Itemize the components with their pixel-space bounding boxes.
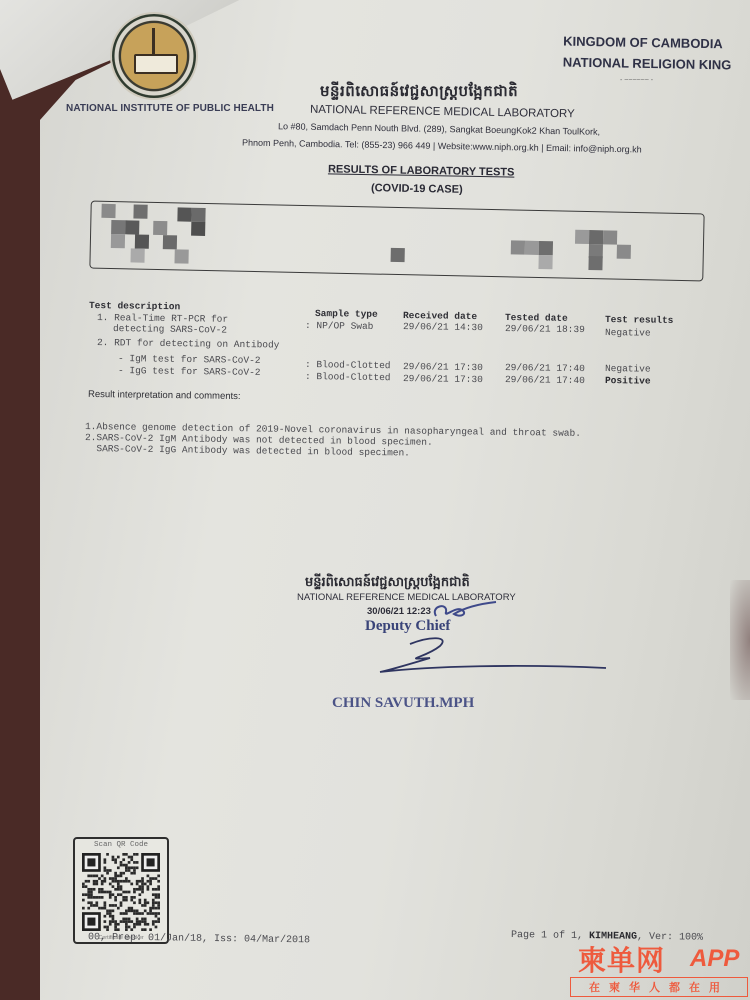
qr-code-icon[interactable] (82, 853, 160, 931)
redaction-pixel (133, 204, 147, 218)
redaction-pixel (111, 220, 125, 234)
watermark-brand: 柬单网 (578, 939, 665, 979)
redaction-pixel (538, 255, 552, 269)
redaction-pixel (589, 230, 603, 244)
signature-datetime: 30/06/21 12:23 (367, 606, 431, 617)
redaction-pixel (603, 230, 617, 244)
test-1-description-line-2: detecting SARS-CoV-2 (113, 323, 227, 336)
redaction-pixel (511, 240, 525, 254)
redaction-pixel (575, 230, 589, 244)
redaction-pixel (153, 221, 167, 235)
kingdom-line-1: KINGDOM OF CAMBODIA (563, 31, 732, 55)
test-igg-result: Positive (605, 375, 651, 387)
watermark-slogan: 在柬华人都在用 (570, 977, 748, 997)
redaction-pixel (617, 245, 631, 259)
redaction-pixel (191, 222, 205, 236)
staff-icon (152, 28, 155, 56)
test-igg-sample-type: : Blood-Clotted (305, 371, 391, 383)
redaction-pixel (391, 248, 405, 262)
test-1-sample-type: : NP/OP Swab (305, 320, 374, 332)
test-igg-tested: 29/06/21 17:40 (505, 374, 585, 386)
test-igg-description: - IgG test for SARS-CoV-2 (118, 365, 261, 378)
case-title: (COVID-19 CASE) (371, 182, 463, 196)
test-igm-tested: 29/06/21 17:40 (505, 362, 585, 374)
signature-khmer-title: មន្ទីរពិសោធន៍វេជ្ជសាស្ត្របង្អែកជាតិ (305, 574, 470, 593)
kingdom-heading: KINGDOM OF CAMBODIA NATIONAL RELIGION KI… (563, 31, 732, 76)
test-igm-received: 29/06/21 17:30 (403, 361, 483, 373)
redaction-pixel (539, 241, 553, 255)
test-igm-sample-type: : Blood-Clotted (305, 359, 391, 371)
redaction-pixel (525, 241, 539, 255)
redaction-pixel (191, 208, 205, 222)
interpretation-label: Result interpretation and comments: (88, 389, 241, 402)
column-header-tested: Tested date (505, 312, 568, 324)
column-header-result: Test results (605, 314, 674, 326)
finger-shadow (730, 580, 750, 700)
column-header-sample-type: Sample type (315, 308, 378, 320)
redaction-pixel (174, 249, 188, 263)
institute-name: NATIONAL INSTITUTE OF PUBLIC HEALTH (66, 103, 274, 114)
redaction-pixel (177, 207, 191, 221)
handwritten-signature-icon (370, 636, 610, 676)
redaction-pixel (101, 204, 115, 218)
test-igm-description: - IgM test for SARS-CoV-2 (118, 353, 261, 366)
niph-seal-icon (112, 14, 196, 98)
kingdom-line-2: NATIONAL RELIGION KING (563, 52, 732, 76)
book-icon (134, 54, 178, 74)
redaction-pixel (163, 235, 177, 249)
redaction-pixel (111, 234, 125, 248)
signatory-name: CHIN SAVUTH.MPH (332, 695, 474, 712)
test-igm-result: Negative (605, 363, 651, 375)
column-header-description: Test description (89, 300, 180, 312)
test-1-result: Negative (605, 327, 651, 339)
test-1-tested: 29/06/21 18:39 (505, 323, 585, 335)
redaction-pixel (125, 220, 139, 234)
qr-code-box[interactable]: Scan QR Code Certificate checker (73, 837, 169, 944)
test-igg-received: 29/06/21 17:30 (403, 373, 483, 385)
redaction-pixel (135, 235, 149, 249)
redaction-pixel (588, 256, 602, 270)
test-1-received: 29/06/21 14:30 (403, 321, 483, 333)
khmer-lab-title: មន្ទីរពិសោធន៍វេជ្ជសាស្ត្របង្អែកជាតិ (320, 82, 518, 104)
patient-info-box-redacted (89, 201, 704, 282)
qr-label: Scan QR Code (75, 841, 167, 849)
kingdom-ornament: - ~~~~~~ - (620, 77, 653, 84)
signature-position: Deputy Chief (365, 618, 450, 635)
watermark-app: APP (690, 945, 739, 973)
redaction-pixel (130, 248, 144, 262)
